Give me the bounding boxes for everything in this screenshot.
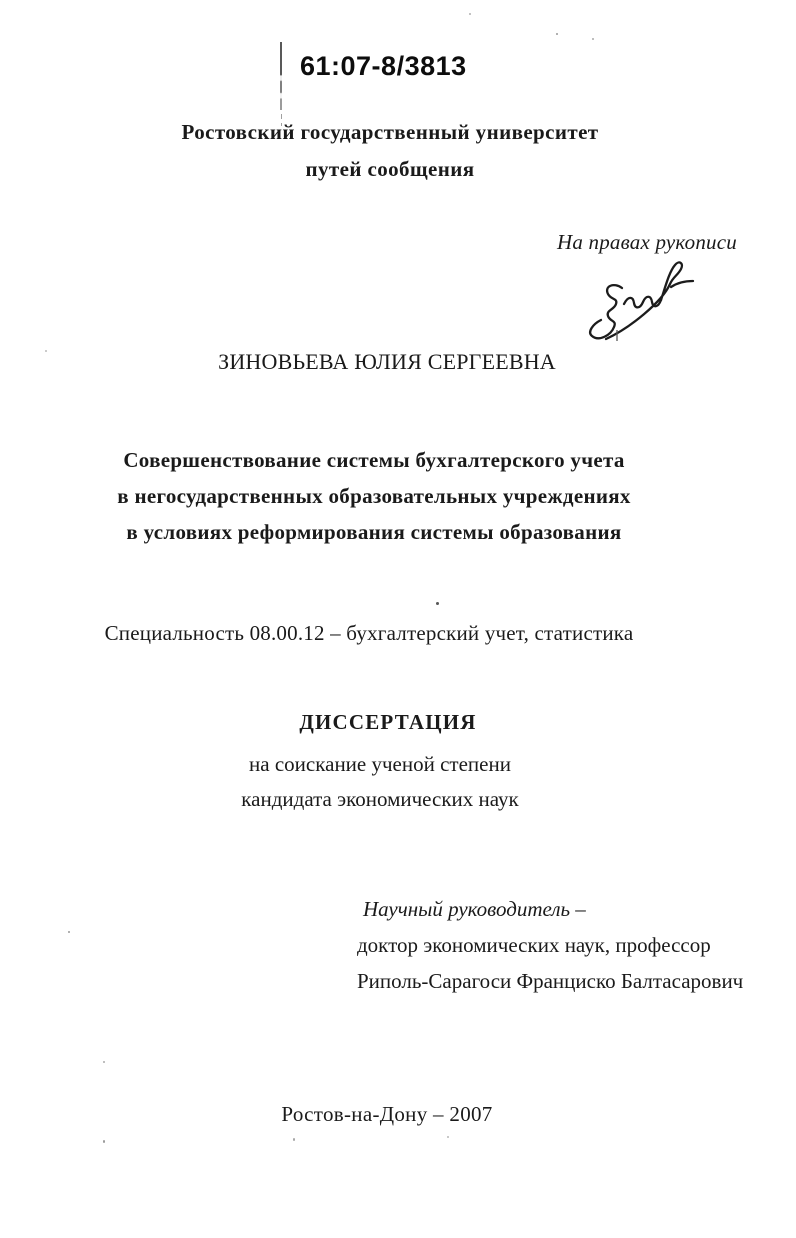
university-name-line1: Ростовский государственный университет [0,114,788,151]
degree-purpose-block: на соискание ученой степени кандидата эк… [0,747,778,817]
scan-speck [469,13,471,15]
university-name-line2: путей сообщения [0,151,788,188]
supervisor-block: Научный руководитель – доктор экономичес… [357,891,743,999]
scan-speck [293,1138,295,1141]
scan-speck [447,1136,449,1138]
supervisor-label: Научный руководитель – [363,891,743,927]
city-year: Ростов-на-Дону – 2007 [0,1102,785,1127]
scan-tick-artifact [616,330,618,341]
scan-speck [103,1061,105,1063]
specialty-line: Специальность 08.00.12 – бухгалтерский у… [0,621,767,646]
degree-line1: на соискание ученой степени [0,747,778,782]
catalog-number-stamp: 61:07-8/3813 [300,51,467,82]
scan-speck [436,602,439,605]
dissertation-title-page: 61:07-8/3813 Ростовский государственный … [0,0,796,1238]
signature-stroke-dash [671,281,693,287]
scan-artifact-vertical-line [280,42,282,110]
title-line2: в негосударственных образовательных учре… [0,478,772,514]
handwritten-signature [572,252,702,342]
author-name: ЗИНОВЬЕВА ЮЛИЯ СЕРГЕЕВНА [0,349,785,375]
scan-speck [103,1140,105,1143]
dissertation-title: Совершенствование системы бухгалтерского… [0,442,772,550]
supervisor-degree: доктор экономических наук, профессор [357,927,743,963]
university-name-block: Ростовский государственный университет п… [0,114,788,188]
scan-speck [592,38,594,40]
degree-line2: кандидата экономических наук [0,782,778,817]
title-line3: в условиях реформирования системы образо… [0,514,772,550]
scan-speck [68,931,70,933]
title-line1: Совершенствование системы бухгалтерского… [0,442,772,478]
document-type: ДИССЕРТАЦИЯ [0,710,786,735]
supervisor-name: Риполь-Сарагоси Франциско Балтасарович [357,963,743,999]
scan-speck [45,350,47,352]
scan-speck [556,33,558,35]
